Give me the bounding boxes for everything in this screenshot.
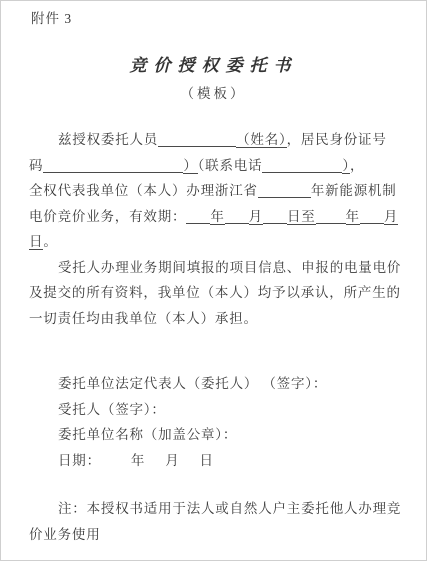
text-segment: 年 bbox=[131, 453, 145, 468]
text-segment: 日期： bbox=[58, 453, 101, 468]
text-segment: （联系电话 bbox=[198, 158, 263, 173]
attachment-label: 附件 3 bbox=[31, 9, 426, 29]
blank-space bbox=[180, 453, 200, 468]
text-segment: 注：本授权书适用于法人或自然人户主委托他人办理竞 bbox=[58, 501, 401, 516]
text-line: 兹授权委托人员（姓名），居民身份证号 bbox=[29, 127, 400, 153]
text-segment: 日 bbox=[200, 453, 214, 468]
blank-underline-field bbox=[263, 208, 287, 224]
text-segment: 一切责任均由我单位（本人）承担。 bbox=[29, 311, 258, 326]
blank-underline-field bbox=[360, 208, 384, 224]
text-line: 一切责任均由我单位（本人）承担。 bbox=[29, 306, 400, 332]
text-segment: 电价竞价业务，有效期： bbox=[29, 209, 186, 224]
text-segment: 日至 bbox=[287, 209, 316, 225]
paragraph-authorization: 兹授权委托人员（姓名），居民身份证号码）（联系电话），全权代表我单位（本人）办理… bbox=[29, 127, 400, 255]
text-line: 价业务使用 bbox=[29, 522, 400, 548]
text-segment: 全权代表我单位（本人）办理浙江省 bbox=[29, 183, 258, 198]
text-segment: 年新能源机制 bbox=[311, 183, 397, 198]
text-segment: 月 bbox=[384, 209, 398, 225]
text-segment: 委托单位名称（加盖公章）： bbox=[58, 427, 237, 442]
text-segment: ， bbox=[350, 158, 364, 173]
blank-space bbox=[145, 453, 165, 468]
text-segment: ） bbox=[183, 158, 197, 174]
document-page: 附件 3 竞价授权委托书 （模板） 兹授权委托人员（姓名），居民身份证号码）（联… bbox=[0, 0, 427, 561]
text-segment: 年 bbox=[346, 209, 360, 225]
text-segment: ，居民身份证号 bbox=[287, 132, 387, 147]
text-segment: 月 bbox=[249, 209, 263, 225]
blank-underline-field bbox=[225, 208, 249, 224]
text-line: 码）（联系电话）， bbox=[29, 153, 400, 179]
text-segment: 。 bbox=[43, 234, 57, 249]
text-segment: 日 bbox=[29, 234, 43, 250]
blank-underline-field bbox=[158, 131, 236, 147]
footnote: 注：本授权书适用于法人或自然人户主委托他人办理竞价业务使用 bbox=[29, 496, 400, 547]
page-title: 竞价授权委托书 bbox=[1, 54, 426, 78]
paragraph-responsibility: 受托人办理业务期间填报的项目信息、申报的电量电价及提交的所有资料，我单位（本人）… bbox=[29, 255, 400, 332]
blank-underline-field bbox=[186, 208, 210, 224]
signature-block: 委托单位法定代表人（委托人） （签字）：受托人（签字）：委托单位名称（加盖公章）… bbox=[29, 371, 400, 473]
document-body: 兹授权委托人员（姓名），居民身份证号码）（联系电话），全权代表我单位（本人）办理… bbox=[29, 127, 400, 547]
text-segment: 受托人（签字）： bbox=[58, 402, 166, 417]
text-segment: 兹授权委托人员 bbox=[58, 132, 158, 147]
text-line: 全权代表我单位（本人）办理浙江省年新能源机制 bbox=[29, 178, 400, 204]
blank-underline-field bbox=[258, 182, 311, 198]
text-line: 日期：年月日 bbox=[29, 448, 400, 474]
text-line: 注：本授权书适用于法人或自然人户主委托他人办理竞 bbox=[29, 496, 400, 522]
text-line: 受托人（签字）： bbox=[29, 397, 400, 423]
text-segment: 委托单位法定代表人（委托人） （签字）： bbox=[58, 376, 327, 391]
text-segment: ） bbox=[342, 158, 350, 174]
blank-underline-field bbox=[43, 157, 183, 173]
text-segment: 年 bbox=[210, 209, 224, 225]
text-line: 受托人办理业务期间填报的项目信息、申报的电量电价 bbox=[29, 255, 400, 281]
text-line: 日。 bbox=[29, 229, 400, 255]
text-segment: （姓名） bbox=[236, 132, 286, 148]
text-line: 电价竞价业务，有效期：年月日至年月 bbox=[29, 204, 400, 230]
text-line: 委托单位名称（加盖公章）： bbox=[29, 422, 400, 448]
text-segment: 价业务使用 bbox=[29, 527, 101, 542]
blank-underline-field bbox=[316, 208, 346, 224]
blank-space bbox=[101, 453, 131, 468]
text-segment: 月 bbox=[165, 453, 179, 468]
text-line: 委托单位法定代表人（委托人） （签字）： bbox=[29, 371, 400, 397]
text-line: 及提交的所有资料，我单位（本人）均予以承认，所产生的 bbox=[29, 280, 400, 306]
page-subtitle: （模板） bbox=[1, 84, 426, 104]
text-segment: 受托人办理业务期间填报的项目信息、申报的电量电价 bbox=[58, 260, 401, 275]
text-segment: 及提交的所有资料，我单位（本人）均予以承认，所产生的 bbox=[29, 285, 401, 300]
blank-underline-field bbox=[262, 157, 342, 173]
text-segment: 码 bbox=[29, 158, 43, 173]
